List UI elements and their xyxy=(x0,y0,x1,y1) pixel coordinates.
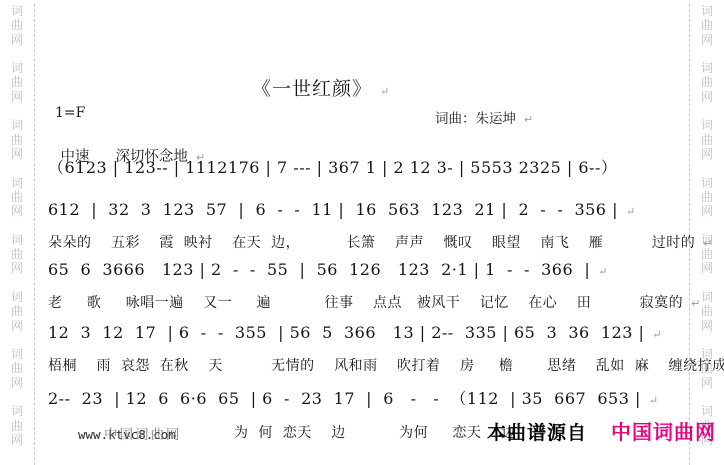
music-system-4: 12 3 12 17 | 6 - - 355 | 56 5 366 13 | 2… xyxy=(48,323,688,375)
song-title: 《一世红颜》↵ xyxy=(252,74,390,101)
right-watermark-text: 词 曲 网 词 曲 网 词 曲 网 词 曲 网 词 曲 网 词 曲 网 词 曲 … xyxy=(690,4,724,447)
source-prefix-text: 本曲谱源自 xyxy=(487,418,587,445)
left-watermark-column: 词 曲 网 词 曲 网 词 曲 网 词 曲 网 词 曲 网 词 曲 网 词 曲 … xyxy=(0,4,35,465)
paragraph-mark: ↵ xyxy=(652,328,662,341)
lyrics-line-4-text: 梧桐 雨 哀怨 在秋 天 无情的 风和雨 吹打着 房 檐 思绪 乱如 麻 缠绕拧… xyxy=(48,358,724,374)
paragraph-mark: ↵ xyxy=(380,85,390,98)
paragraph-mark: ↵ xyxy=(703,237,713,250)
left-watermark-text: 词 曲 网 词 曲 网 词 曲 网 词 曲 网 词 曲 网 词 曲 网 词 曲 … xyxy=(0,4,34,447)
watermark-site-overlay: 中国词曲网 xyxy=(104,423,182,443)
music-system-2: 612 | 32 3 123 57 | 6 - - 11 | 16 563 12… xyxy=(48,200,688,252)
notation-line-3-text: 65 6 3666 123 | 2 - - 55 | 56 126 123 2·… xyxy=(48,260,590,279)
bottom-left-watermark: www.ktvc8.com 中国词曲网 xyxy=(78,424,176,442)
notation-line-2: 612 | 32 3 123 57 | 6 - - 11 | 16 563 12… xyxy=(48,200,688,219)
lyrics-line-3: 老 歌 咏唱一遍 又一 遍 往事 点点 被风干 记忆 在心 田 寂寞的↵ xyxy=(48,292,688,312)
notation-line-3: 65 6 3666 123 | 2 - - 55 | 56 126 123 2·… xyxy=(48,260,688,279)
paragraph-mark: ↵ xyxy=(649,394,659,407)
music-system-1: （6123 | 123-- | 1112176 | 7 --- | 367 1 … xyxy=(48,155,688,178)
song-title-text: 《一世红颜》 xyxy=(252,78,372,100)
key-signature: 1=F xyxy=(55,105,85,121)
notation-line-5: 2-- 23 | 12 6 6·6 65 | 6 - 23 17 | 6 - -… xyxy=(48,386,688,409)
credits: 词曲：朱运坤↵ xyxy=(435,107,533,127)
sheet-music-page: 词 曲 网 词 曲 网 词 曲 网 词 曲 网 词 曲 网 词 曲 网 词 曲 … xyxy=(0,0,724,465)
paragraph-mark: ↵ xyxy=(626,205,636,218)
source-attribution: 本曲谱源自 中国词曲网 xyxy=(487,416,716,445)
lyrics-line-2: 朵朵的 五彩 霞 映衬 在天 边， 长箫 声声 慨叹 眼望 南飞 雁 过时的↵ xyxy=(48,232,688,252)
notation-line-2-text: 612 | 32 3 123 57 | 6 - - 11 | 16 563 12… xyxy=(48,200,618,219)
notation-line-5-text: 2-- 23 | 12 6 6·6 65 | 6 - 23 17 | 6 - -… xyxy=(48,389,641,408)
credits-text: 词曲：朱运坤 xyxy=(435,111,516,127)
source-site-name: 中国词曲网 xyxy=(611,416,716,445)
paragraph-mark: ↵ xyxy=(524,113,533,126)
lyrics-line-2-text: 朵朵的 五彩 霞 映衬 在天 边， 长箫 声声 慨叹 眼望 南飞 雁 过时的 xyxy=(48,235,695,251)
notation-line-4-text: 12 3 12 17 | 6 - - 355 | 56 5 366 13 | 2… xyxy=(48,323,644,342)
lyrics-line-4: 梧桐 雨 哀怨 在秋 天 无情的 风和雨 吹打着 房 檐 思绪 乱如 麻 缠绕拧… xyxy=(48,355,688,375)
paragraph-mark: ↵ xyxy=(691,297,701,310)
paragraph-mark: ↵ xyxy=(598,265,608,278)
lyrics-line-3-text: 老 歌 咏唱一遍 又一 遍 往事 点点 被风干 记忆 在心 田 寂寞的 xyxy=(48,295,683,311)
music-system-3: 65 6 3666 123 | 2 - - 55 | 56 126 123 2·… xyxy=(48,260,688,312)
notation-line-1-text: （6123 | 123-- | 1112176 | 7 --- | 367 1 … xyxy=(48,158,617,177)
notation-line-1: （6123 | 123-- | 1112176 | 7 --- | 367 1 … xyxy=(48,155,688,178)
lyrics-line-5-text: 为 何 恋天 边 为何 恋天 边！ xyxy=(234,425,530,441)
notation-line-4: 12 3 12 17 | 6 - - 355 | 56 5 366 13 | 2… xyxy=(48,323,688,342)
